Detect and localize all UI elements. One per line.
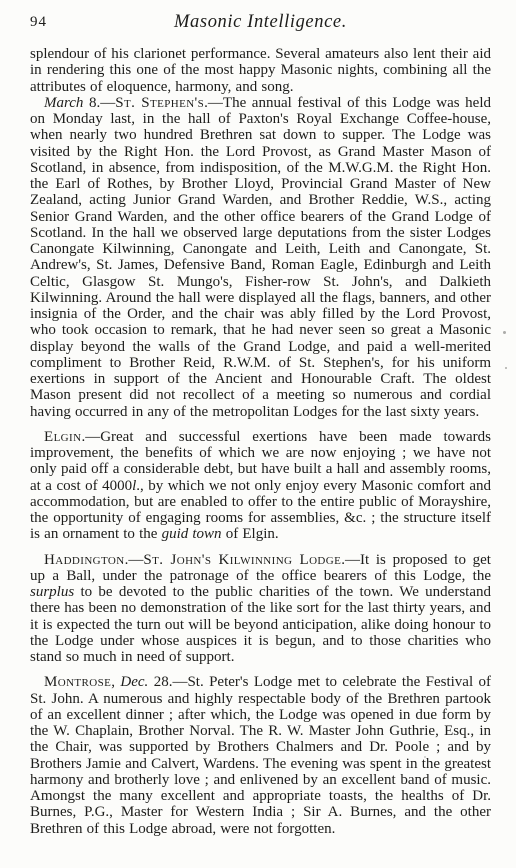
scan-speck <box>424 756 426 758</box>
scanned-page: 94 Masonic Intelligence. splendour of hi… <box>0 0 516 868</box>
lodge-name: St. Stephen's <box>115 95 204 111</box>
text-segment: .— <box>125 552 144 568</box>
page-header: 94 Masonic Intelligence. <box>30 12 491 38</box>
paragraph-st-stephens: March 8.—St. Stephen's.—The annual festi… <box>30 95 491 420</box>
paragraph-haddington: Haddington.—St. John's Kilwinning Lodge.… <box>30 552 491 666</box>
paragraph-montrose: Montrose, Dec. 28.—St. Peter's Lodge met… <box>30 674 491 837</box>
scan-speck <box>503 331 506 334</box>
text-segment: 28.—St. Peter's Lodge met to celebrate t… <box>30 674 491 836</box>
place-name: Elgin <box>44 429 81 445</box>
paragraph-elgin: Elgin.—Great and successful exertions ha… <box>30 429 491 543</box>
text-segment: 8.— <box>83 95 115 111</box>
text-segment: splendour of his clarionet performance. … <box>30 46 491 95</box>
scan-speck <box>505 367 507 369</box>
text-segment: to be devoted to the public charities of… <box>30 584 491 665</box>
paragraph-continuation: splendour of his clarionet performance. … <box>30 46 491 95</box>
text-segment: of Elgin. <box>222 526 279 542</box>
running-title: Masonic Intelligence. <box>30 12 491 33</box>
date-label: March <box>44 95 83 111</box>
date-label: Dec. <box>120 674 148 690</box>
place-name: Montrose <box>44 674 111 690</box>
page-body: splendour of his clarionet performance. … <box>30 46 491 837</box>
lodge-name: St. John's Kilwinning Lodge <box>143 552 341 568</box>
emphasis-word: surplus <box>30 584 74 600</box>
text-segment: .—The annual festival of this Lodge was … <box>30 95 491 420</box>
place-name: Haddington <box>44 552 125 568</box>
emphasis-phrase: guid town <box>162 526 222 542</box>
